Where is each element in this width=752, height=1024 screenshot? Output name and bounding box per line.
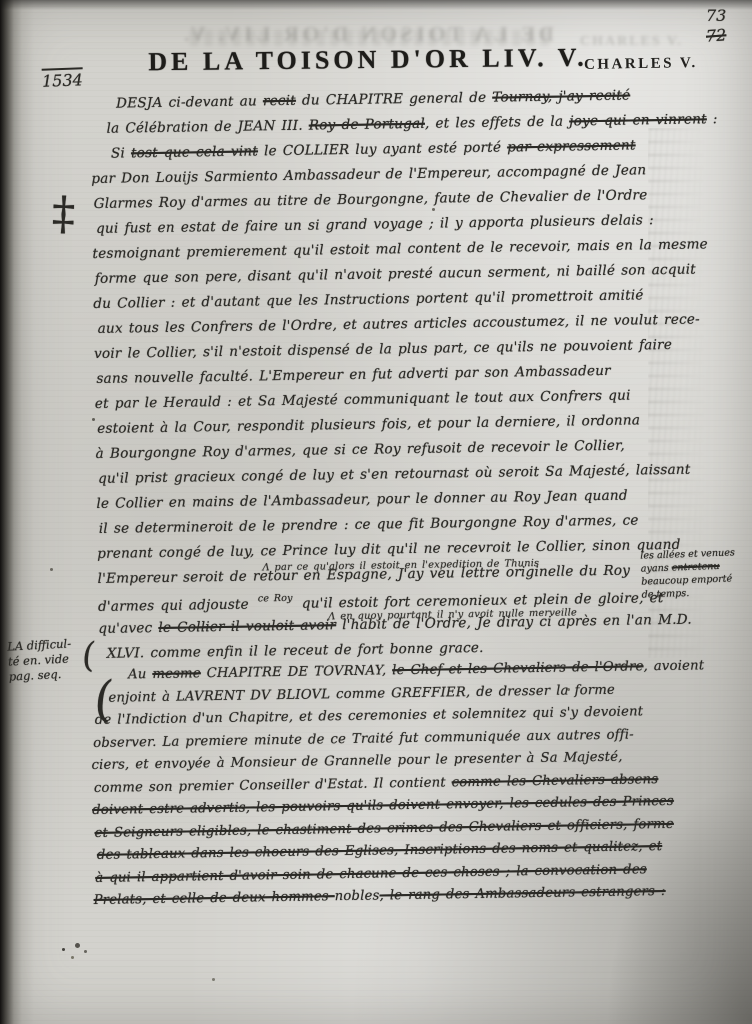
struck-text: tost que cela vint <box>131 143 258 161</box>
running-head-charles-v: CHARLES V. <box>584 55 698 74</box>
manuscript-text: : <box>707 111 718 127</box>
struck-text: comme les Chevaliers absens <box>452 772 659 790</box>
manuscript-paragraph-1: DESJA ci-devant au recit du CHAPITRE gen… <box>90 87 699 671</box>
right-margin-note: les allées et venuesayans entretenubeauc… <box>640 546 736 601</box>
paragraph-mark-icon: ‡ <box>51 186 76 241</box>
manuscript-text: , avoient <box>643 658 704 674</box>
struck-text: Tournay, j'ay recité <box>492 88 630 106</box>
folio-numbers: 73 72 <box>706 6 726 46</box>
struck-text: le Chef et les Chevaliers de l'Ordre <box>392 659 644 678</box>
struck-text: par expressement <box>507 137 636 155</box>
struck-text: recit <box>263 93 296 110</box>
margin-note-text: de temps. <box>642 588 690 601</box>
page-top-shadow <box>0 0 752 10</box>
struck-text: entretenu <box>672 561 720 574</box>
struck-text: Roy de Portugal <box>309 116 425 134</box>
paper-specks <box>62 948 65 951</box>
manuscript-text: la Célébration de JEAN III. <box>106 118 309 137</box>
manuscript-text: DESJA ci-devant au <box>116 93 263 111</box>
manuscript-scan: 73 72 DE LA TOISON D'OR LIV. V. DE LA TO… <box>0 0 752 1024</box>
folio-number-current: 73 <box>706 6 726 26</box>
manuscript-text: CHAPITRE DE TOVRNAY, <box>201 663 393 681</box>
margin-note-text: ayans <box>641 563 672 575</box>
margin-note-text: les allées et venues <box>640 547 735 561</box>
manuscript-text: du CHAPITRE general de <box>296 90 493 109</box>
page-title: DE LA TOISON D'OR LIV. V. <box>148 43 588 78</box>
struck-text: mesme <box>152 666 201 682</box>
left-margin-note: LA difficul-té en. videpag. seq. <box>7 636 73 684</box>
showthrough-running-head: CHARLES V. <box>580 34 683 50</box>
struck-text: joye qui en vinrent <box>569 111 707 129</box>
manuscript-text: Au <box>128 667 153 682</box>
margin-note-text: beaucoup emporté <box>641 573 732 587</box>
manuscript-text: , et les effets de la <box>425 113 570 131</box>
margin-year-1534: 1534 <box>42 67 83 90</box>
manuscript-paragraph-2: Au mesme CHAPITRE DE TOVRNAY, le Chef et… <box>90 659 694 916</box>
manuscript-text: d'armes qui adjouste <box>98 596 255 614</box>
manuscript-text: le COLLIER luy ayant esté porté <box>258 139 507 159</box>
struck-text: , le rang des Ambassadeurs estrangers : <box>379 884 665 903</box>
interlinear-insertion: ce Roy <box>258 593 293 605</box>
manuscript-text: nobles <box>335 888 380 904</box>
folio-number-struck: 72 <box>705 25 727 46</box>
binding-gutter <box>0 0 34 1024</box>
manuscript-text: Si <box>111 145 131 161</box>
manuscript-text: qu'avec <box>98 620 158 637</box>
struck-text: Prelats, et celle de deux hommes <box>94 889 335 908</box>
struck-text: le Collier il vouloit avoir <box>158 617 336 636</box>
